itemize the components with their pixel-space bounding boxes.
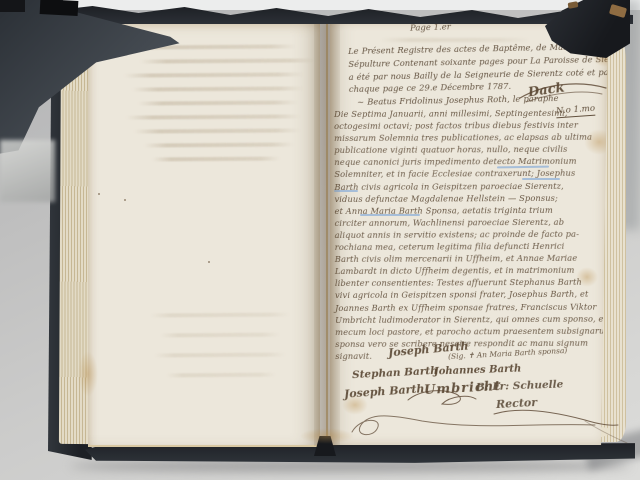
bleedthrough-line bbox=[138, 100, 298, 105]
dark-corner-marker-block bbox=[0, 0, 25, 12]
foxing-stain bbox=[78, 351, 98, 397]
bleedthrough-line bbox=[126, 114, 301, 119]
archive-photo: Page 1.er Le Présent Registre des actes … bbox=[0, 0, 640, 480]
gutter-crease bbox=[326, 22, 328, 444]
bleedthrough-line bbox=[132, 86, 304, 91]
umbricht-flourish bbox=[408, 391, 476, 405]
bleedthrough-line bbox=[150, 313, 290, 318]
ink-speck bbox=[98, 193, 100, 195]
bleedthrough-line bbox=[154, 353, 286, 358]
bleedthrough-line bbox=[140, 58, 316, 63]
bleedthrough-line bbox=[144, 142, 294, 147]
preamble-signature-flourish bbox=[520, 84, 606, 98]
bottom-squiggle bbox=[352, 416, 595, 435]
bleedthrough-line bbox=[160, 333, 280, 338]
light-patch bbox=[0, 140, 55, 202]
bleedthrough-line bbox=[152, 157, 280, 162]
ink-speck bbox=[124, 199, 126, 201]
bleedthrough-line bbox=[134, 128, 300, 133]
gutter-stain bbox=[300, 428, 354, 444]
ink-speck bbox=[208, 261, 210, 263]
pen-flourishes bbox=[330, 20, 630, 460]
bleedthrough-line bbox=[166, 373, 276, 378]
rector-underline-stroke bbox=[494, 410, 618, 425]
bleedthrough-line bbox=[124, 72, 304, 77]
left-page bbox=[88, 20, 320, 447]
dark-corner-marker-block bbox=[40, 0, 79, 16]
